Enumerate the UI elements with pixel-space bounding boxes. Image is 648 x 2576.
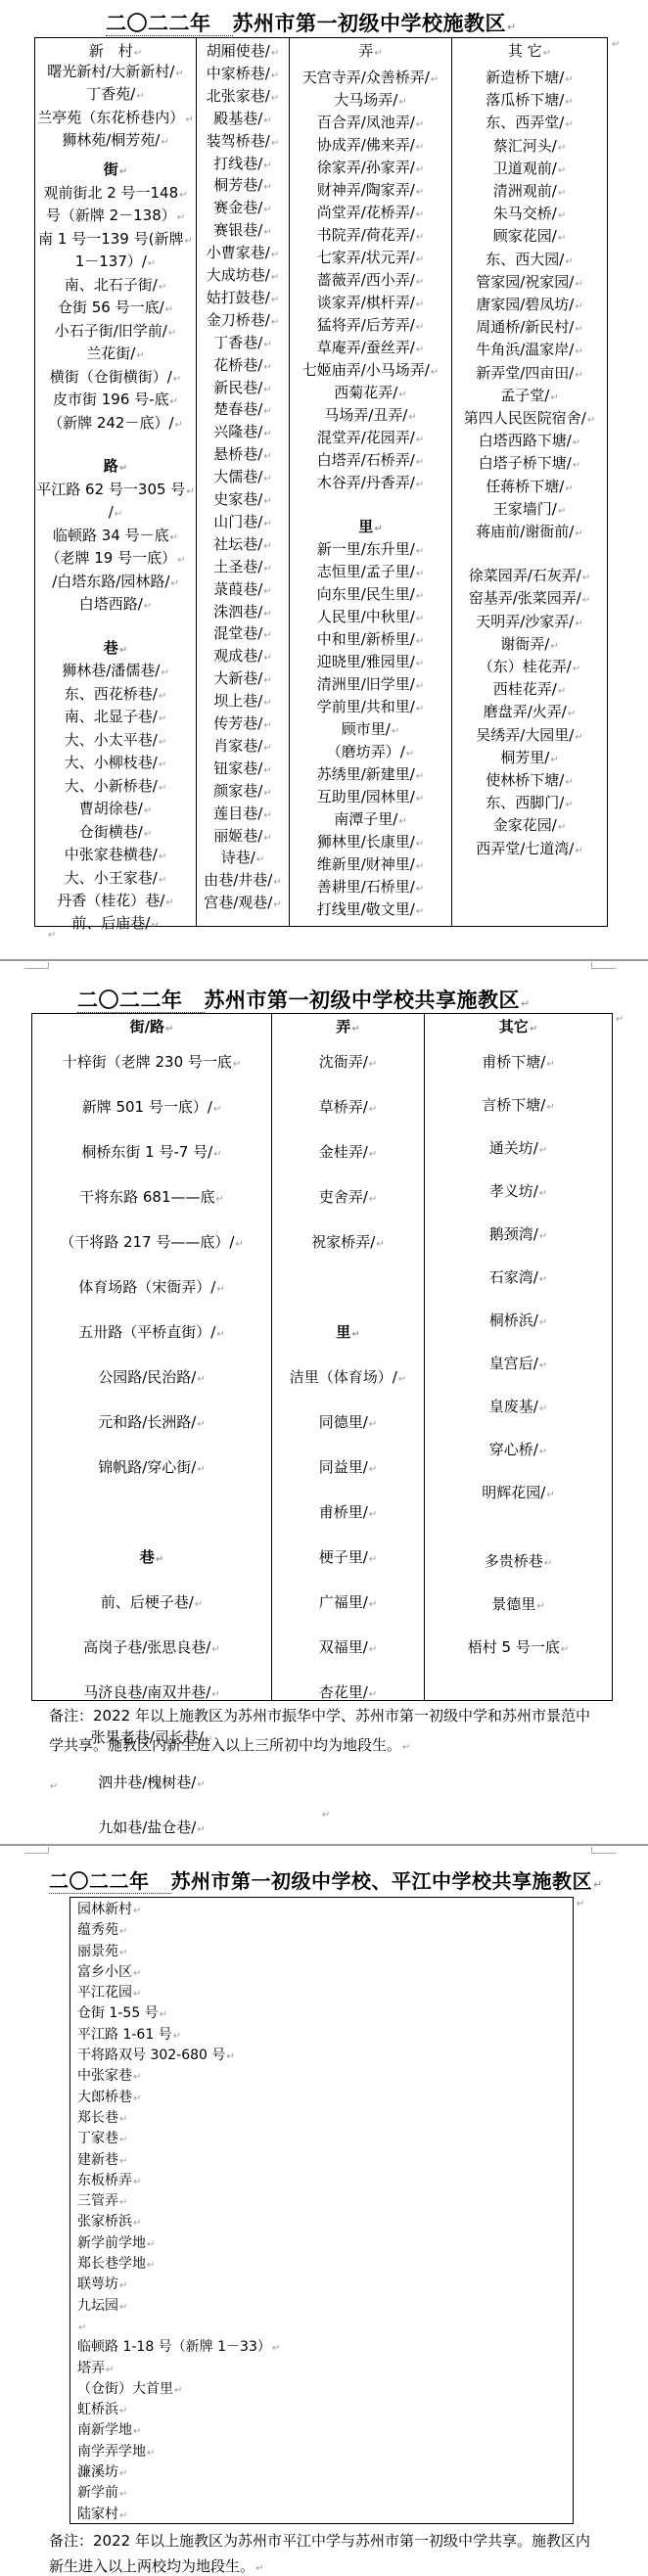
address-item-text: 丁香巷/ [213, 334, 262, 351]
paragraph-mark-icon: ↵ [119, 2114, 127, 2125]
address-item: 平江路 62 号一305 号↵ [35, 483, 196, 497]
address-item-text: 金刀桥巷/ [207, 311, 270, 329]
address-item: 人民里/中秋里/↵ [290, 610, 451, 624]
paragraph-mark-icon: ↵ [544, 1558, 552, 1569]
address-item: 临顿路 1-18 号（新牌 1－33）↵ [77, 2337, 280, 2358]
paragraph-mark-icon: ↵ [161, 137, 168, 148]
address-item-text: 平江花园 [77, 1985, 132, 2001]
address-item: 财神弄/陶家弄/↵ [290, 183, 451, 198]
address-item: 楚春巷/↵ [197, 402, 289, 417]
address-item-text: 三管弄 [77, 2193, 118, 2209]
address-item-text: 1－137）/ [75, 253, 147, 270]
page1-title-year: 二〇二二年 [106, 12, 233, 36]
address-item: 谈家弄/棋杆弄/↵ [290, 296, 451, 310]
address-item-text: 财神弄/陶家弄/ [317, 181, 415, 199]
paragraph-mark-icon: ↵ [48, 930, 56, 941]
paragraph-mark-icon: ↵ [271, 138, 279, 149]
paragraph-mark-icon: ↵ [416, 771, 424, 782]
address-item: 使林桥下塘/↵ [452, 773, 607, 788]
address-item: 横街（仓街横街）/↵ [35, 370, 196, 385]
paragraph-mark-icon: ↵ [174, 2385, 182, 2396]
page2-note: 备注：2022 年以上施教区为苏州市振华中学、苏州市第一初级中学和苏州市景范中学… [49, 1701, 597, 1763]
paragraph-mark-icon: ↵ [263, 362, 271, 373]
address-item: 干将路双号 302-680 号↵ [77, 2046, 280, 2066]
address-item-text: 建新巷 [77, 2152, 118, 2168]
address-item: 天明弄/沙家弄/↵ [452, 615, 607, 629]
paragraph-mark-icon: ↵ [582, 573, 590, 583]
paragraph-mark-icon: ↵ [271, 295, 279, 305]
paragraph-mark-icon: ↵ [263, 810, 271, 821]
address-item-text: 蔡汇河头/ [493, 137, 557, 155]
address-item-text: 桐桥东街 1 号-7 号/ [81, 1143, 212, 1161]
address-item: 赛金巷/↵ [197, 201, 289, 215]
address-item-text: 十梓街（老牌 230 号一底 [63, 1053, 232, 1071]
address-item-text: 蔷薇弄/西小弄/ [317, 271, 415, 289]
address-item-text: 横街（仓街横街）/ [50, 368, 172, 386]
col-nong-li: 弄↵天宫寺弄/众善桥弄/↵大马场弄/↵百合弄/凤池弄/↵协成弄/佛来弄/↵徐家弄… [289, 38, 451, 926]
address-item-text: 新造桥下塘/ [486, 69, 564, 86]
address-item: 协成弄/佛来弄/↵ [290, 138, 451, 153]
address-item: 高岗子巷/张思良巷/↵ [32, 1640, 271, 1655]
address-item-text: 孝义坊/ [489, 1182, 538, 1200]
address-item-text: 狮林苑/桐芳苑/ [62, 131, 160, 149]
paragraph-mark-icon: ↵ [369, 1194, 377, 1205]
address-item-text: 五卅路（平桥直街）/ [78, 1323, 215, 1341]
paragraph-mark-icon: ↵ [263, 474, 271, 484]
address-item-text: /白塔东路/园林路/ [52, 573, 169, 590]
col-nong-li: 弄↵沈衙弄/↵草桥弄/↵金桂弄/↵吏舍弄/↵祝家桥弄/↵里↵洁里（体育场）/↵同… [271, 1014, 424, 1700]
address-item: /↵ [35, 505, 196, 520]
address-item-text: 甫桥里/ [319, 1503, 368, 1521]
address-item: 谢衙弄/↵ [452, 637, 607, 652]
paragraph-mark-icon: ↵ [402, 1742, 410, 1753]
address-item: 诗巷/↵ [197, 851, 289, 865]
column-header: 弄↵ [272, 1020, 424, 1035]
address-item: 甫桥下塘/↵ [425, 1055, 612, 1070]
paragraph-mark-icon: ↵ [416, 839, 424, 850]
paragraph-mark-icon: ↵ [263, 340, 271, 350]
paragraph-mark-icon: ↵ [197, 1464, 205, 1475]
address-item-text: 北张家巷/ [207, 87, 270, 105]
address-item: 迎晓里/雅园里/↵ [290, 655, 451, 669]
paragraph-mark-icon: ↵ [263, 564, 271, 575]
paragraph-mark-icon: ↵ [539, 1274, 547, 1285]
address-item-text: 坝上巷/ [213, 692, 262, 710]
address-item: 园林新村↵ [77, 1900, 280, 1920]
address-item: 打线巷/↵ [197, 157, 289, 171]
address-item: 皮市街 196 号-底↵ [35, 392, 196, 407]
address-item: 同益里/↵ [272, 1460, 424, 1475]
address-item: 双福里/↵ [272, 1640, 424, 1655]
address-item: 西桂花弄/↵ [452, 682, 607, 697]
address-item: 泗井巷/槐树巷/↵ [32, 1775, 271, 1790]
address-item-text: 由巷/井巷/ [204, 871, 272, 889]
address-item: 胡厢使巷/↵ [197, 44, 289, 59]
paragraph-mark-icon: ↵ [369, 1104, 377, 1115]
address-item-text: 装驾桥巷/ [207, 132, 270, 150]
address-item-text: 使林桥下塘/ [486, 771, 564, 789]
paragraph-mark-icon: ↵ [546, 1102, 554, 1113]
paragraph-mark-icon: ↵ [558, 188, 566, 199]
address-item: 莲目巷/↵ [197, 806, 289, 821]
address-item-text: 马济良巷/南双井巷/ [83, 1683, 210, 1701]
address-item-text: 石家湾/ [489, 1268, 538, 1286]
page-corner-mark [24, 1847, 49, 1854]
paragraph-mark-icon: ↵ [133, 1989, 141, 2000]
address-item-text: 传芳巷/ [213, 714, 262, 732]
address-item-text: 东、西花桥巷/ [65, 685, 158, 703]
address-item-text: 胡厢使巷/ [207, 42, 270, 60]
address-item-text: 鹅颈湾/ [489, 1225, 538, 1243]
paragraph-mark-icon: ↵ [148, 258, 156, 269]
address-item-text: 新学前学地 [77, 2235, 146, 2251]
address-item: 丽姬巷/↵ [197, 829, 289, 844]
address-item: 东、西花桥巷/↵ [35, 687, 196, 702]
address-item: 多贵桥巷↵ [425, 1554, 612, 1569]
address-item-text: 白塔西路/ [79, 595, 143, 613]
paragraph-mark-icon: ↵ [575, 279, 582, 290]
paragraph-mark-icon: ↵ [159, 737, 166, 748]
page3-title-main: 苏州市第一初级中学校、平江中学校共享施教区 [171, 1869, 593, 1893]
paragraph-mark-icon: ↵ [416, 457, 424, 468]
address-item: 王家墙门/↵ [452, 502, 607, 517]
paragraph-mark-icon: ↵ [263, 675, 271, 686]
page-break [0, 959, 648, 961]
address-item: 大郎桥巷↵ [77, 2088, 280, 2108]
address-item: 塔弄↵ [77, 2359, 280, 2379]
address-item: 曹胡徐巷/↵ [35, 802, 196, 816]
paragraph-mark-icon: ↵ [159, 759, 166, 770]
paragraph-mark-icon: ↵ [374, 48, 382, 59]
address-item-text: 塔弄 [77, 2361, 105, 2376]
address-item: 钮家巷/↵ [197, 761, 289, 776]
page-break [0, 1844, 648, 1846]
address-item-text: 管家园/祝家园/ [476, 273, 574, 291]
address-item: 西菊花弄/↵ [290, 386, 451, 400]
address-item: 杏花里/↵ [272, 1685, 424, 1700]
address-item: 天宫寺弄/众善桥弄/↵ [290, 70, 451, 85]
address-item-text: 九如巷/盐仓巷/ [98, 1818, 196, 1836]
paragraph-mark-icon: ↵ [160, 2009, 167, 2020]
address-item-text: （东）桂花弄/ [479, 658, 572, 675]
address-item: 孝义坊/↵ [425, 1184, 612, 1199]
address-item: 草桥弄/↵ [272, 1100, 424, 1115]
page2-table: 街/路↵十梓街（老牌 230 号一底↵新牌 501 号一底）/↵桐桥东街 1 号… [31, 1013, 613, 1701]
address-item-text: 南潭子里/ [334, 810, 397, 828]
address-item-text: 景德里 [491, 1595, 535, 1613]
address-item: 混堂弄/花园弄/↵ [290, 431, 451, 445]
address-item: 第四人民医院宿舍/↵ [452, 411, 607, 426]
column-header-text: 新 村 [89, 42, 133, 60]
paragraph-mark-icon: ↵ [398, 1374, 406, 1385]
address-item: 百合弄/凤池弄/↵ [290, 115, 451, 130]
address-item: 狮林里/长康里/↵ [290, 835, 451, 850]
address-item-text: 西菊花弄/ [334, 384, 397, 401]
address-item-text: 兴隆巷/ [213, 423, 262, 440]
address-item-text: 金家花园/ [493, 816, 557, 834]
address-item-text: 南学弄学地 [77, 2444, 146, 2460]
paragraph-mark-icon: ↵ [179, 190, 187, 201]
address-item-text: 金桂弄/ [319, 1143, 368, 1161]
address-item-text: 兰花街/ [86, 345, 135, 362]
paragraph-mark-icon: ↵ [573, 460, 580, 471]
address-item-text: 南 1 号一139 号(新牌 [38, 230, 183, 248]
address-item-text: 西桂花弄/ [493, 680, 557, 698]
address-item-text: 东、西弄堂/ [486, 114, 564, 131]
paragraph-mark-icon: ↵ [369, 1599, 377, 1610]
address-item-text: 大、小柳枝巷/ [65, 754, 158, 771]
address-item: 朱马交桥/↵ [452, 207, 607, 221]
address-item: 牛角浜/温家岸/↵ [452, 343, 607, 357]
address-item: 1－137）/↵ [35, 254, 196, 269]
paragraph-mark-icon: ↵ [575, 346, 582, 357]
address-item: 联萼坊↵ [77, 2275, 280, 2295]
address-item: 徐菜园弄/石灰弄/↵ [452, 569, 607, 583]
address-item: 互助里/园林里/↵ [290, 790, 451, 805]
address-item-text: 混堂弄/花园弄/ [317, 429, 415, 446]
address-item-text: 大马场弄/ [334, 91, 397, 109]
paragraph-mark-icon: ↵ [416, 119, 424, 130]
address-item-text: 莲目巷/ [213, 805, 262, 822]
address-item-text: 仓街 1-55 号 [77, 2005, 159, 2021]
address-item: 孟子堂/↵ [452, 389, 607, 403]
paragraph-mark-icon: ↵ [213, 1149, 221, 1160]
paragraph-mark-icon: ↵ [216, 1284, 224, 1295]
paragraph-mark-icon: ↵ [550, 755, 558, 765]
address-item: 桐芳巷/↵ [197, 178, 289, 193]
paragraph-mark-icon: ↵ [213, 1104, 221, 1115]
address-item: 沈衙弄/↵ [272, 1055, 424, 1070]
address-item-text: 皇宫后/ [489, 1355, 538, 1372]
paragraph-mark-icon: ↵ [106, 2365, 114, 2375]
address-item: 仓街横巷/↵ [35, 825, 196, 840]
address-item-text: / [109, 503, 114, 521]
address-item-text: 落瓜桥下塘/ [486, 91, 564, 109]
paragraph-mark-icon: ↵ [226, 2051, 234, 2062]
paragraph-mark-icon: ↵ [78, 2323, 86, 2333]
paragraph-mark-icon: ↵ [170, 532, 178, 543]
address-item: 平江路 1-61 号↵ [77, 2025, 280, 2046]
address-item: 姑打鼓巷/↵ [197, 291, 289, 305]
address-item: 观成巷/↵ [197, 649, 289, 664]
paragraph-mark-icon: ↵ [416, 277, 424, 288]
paragraph-mark-icon: ↵ [134, 48, 142, 59]
column-header-text: 街/路 [130, 1018, 164, 1035]
paragraph-mark-icon: ↵ [263, 609, 271, 620]
paragraph-mark-icon: ↵ [530, 1024, 537, 1035]
paragraph-mark-icon: ↵ [186, 486, 194, 497]
paragraph-mark-icon: ↵ [416, 187, 424, 198]
paragraph-mark-icon: ↵ [147, 2448, 155, 2459]
column-header-text: 弄 [336, 1018, 350, 1035]
address-item-text: 中和里/新桥里/ [317, 630, 415, 648]
section-heading-text: 路 [104, 457, 118, 475]
address-item-text: 新学前 [77, 2485, 118, 2501]
address-item-text: 孟子堂/ [500, 387, 549, 404]
address-item-text: （老牌 19 号一底） [45, 549, 176, 567]
paragraph-mark-icon: ↵ [165, 304, 173, 315]
address-item: 草庵弄/蚕丝弄/↵ [290, 341, 451, 355]
address-item-text: 山门巷/ [213, 513, 262, 530]
paragraph-mark-icon: ↵ [211, 1644, 219, 1655]
address-item: 装驾桥巷/↵ [197, 134, 289, 149]
address-item: 东、西弄堂/↵ [452, 115, 607, 130]
section-heading: 里↵ [272, 1325, 424, 1340]
address-item-text: 楚春巷/ [213, 400, 262, 418]
page1-table: 新 村↵曙光新村/大新新村/↵丁香苑/↵兰亭苑（东花桥巷内）↵狮林苑/桐芳苑/↵… [34, 37, 608, 927]
address-item: 公园路/民治路/↵ [32, 1370, 271, 1385]
paragraph-mark-icon: ↵ [263, 630, 271, 641]
address-item: 管家园/祝家园/↵ [452, 275, 607, 290]
address-item: 洁里（体育场）/↵ [272, 1370, 424, 1385]
paragraph-mark-icon: ↵ [195, 1599, 203, 1610]
paragraph-mark-icon: ↵ [416, 480, 424, 490]
paragraph-mark-icon: ↵ [50, 1781, 58, 1792]
paragraph-mark-icon: ↵ [369, 1419, 377, 1430]
address-item-text: 曹胡徐巷/ [79, 800, 143, 817]
address-item: 大、小太平巷/↵ [35, 733, 196, 748]
paragraph-mark-icon: ↵ [416, 636, 424, 647]
address-item: 鹅颈湾/↵ [425, 1227, 612, 1242]
address-item-text: 白塔弄/石桥弄/ [317, 451, 415, 469]
paragraph-mark-icon: ↵ [263, 519, 271, 529]
address-item-text: 蒋庙前/谢衙前/ [476, 523, 574, 540]
address-item: 梗子里/↵ [272, 1550, 424, 1565]
paragraph-mark-icon: ↵ [263, 541, 271, 552]
page2-title: 二〇二二年苏州市第一初级中学校共享施教区↵ [77, 985, 531, 1014]
address-item: 言桥下塘/↵ [425, 1098, 612, 1113]
paragraph-mark-icon: ↵ [263, 182, 271, 193]
address-item-text: 大、小王家巷/ [65, 869, 158, 887]
address-item: 坝上巷/↵ [197, 694, 289, 709]
address-item: 甫桥里/↵ [272, 1505, 424, 1520]
address-item: 桐芳里/↵ [452, 751, 607, 765]
paragraph-mark-icon: ↵ [558, 143, 566, 154]
paragraph-mark-icon: ↵ [431, 367, 439, 378]
address-item-text: 打线里/敬文里/ [317, 900, 415, 918]
section-heading-text: 街 [104, 161, 118, 178]
paragraph-mark-icon: ↵ [521, 997, 531, 1010]
address-item-text: 东、西脚门/ [486, 794, 564, 811]
paragraph-mark-icon: ↵ [376, 1239, 384, 1250]
address-item-text: 双福里/ [319, 1638, 368, 1656]
address-item: 丁香苑/↵ [35, 87, 196, 102]
paragraph-mark-icon: ↵ [273, 877, 281, 888]
address-item-text: 菉葭巷/ [213, 580, 262, 598]
paragraph-mark-icon: ↵ [263, 161, 271, 171]
paragraph-mark-icon: ↵ [565, 800, 573, 810]
address-item-text: 大、小新桥巷/ [65, 777, 158, 795]
paragraph-mark-icon: ↵ [616, 1014, 624, 1025]
address-item-text: 朱马交桥/ [493, 205, 557, 222]
address-item: 卫道观前/↵ [452, 161, 607, 176]
address-item-text: （磨坊弄）/ [327, 743, 405, 760]
address-item: 石家湾/↵ [425, 1270, 612, 1285]
address-item-text: 维新里/财神里/ [317, 855, 415, 873]
address-item: 锦帆路/穿心街/↵ [32, 1460, 271, 1475]
paragraph-mark-icon: ↵ [416, 884, 424, 895]
paragraph-mark-icon: ↵ [119, 645, 127, 656]
address-item: 丁香巷/↵ [197, 336, 289, 350]
address-item-text: 草庵弄/蚕丝弄/ [317, 339, 415, 356]
section-heading-text: 巷 [140, 1548, 155, 1566]
paragraph-mark-icon: ↵ [136, 350, 144, 361]
address-item: 干将东路 681——底↵ [32, 1190, 271, 1205]
address-item-text: 蕴秀苑 [77, 1922, 118, 1938]
address-item-text: 大新巷/ [213, 669, 262, 687]
paragraph-mark-icon: ↵ [558, 210, 566, 221]
address-item: 蔡汇河头/↵ [452, 139, 607, 154]
address-item-text: 钮家巷/ [213, 759, 262, 777]
paragraph-mark-icon: ↵ [561, 1644, 569, 1655]
address-item: 濂溪坊↵ [77, 2462, 280, 2483]
address-item: 吏舍弄/↵ [272, 1190, 424, 1205]
address-item-text: 临顿路 1-18 号（新牌 1－33） [77, 2339, 271, 2355]
paragraph-mark-icon: ↵ [173, 374, 181, 385]
address-item-text: 洙泗巷/ [213, 603, 262, 621]
address-item: 兴隆巷/↵ [197, 425, 289, 439]
paragraph-mark-icon: ↵ [416, 569, 424, 579]
address-item: 洙泗巷/↵ [197, 605, 289, 620]
address-item: 肖家巷/↵ [197, 739, 289, 754]
address-item: 西弄堂/七道湾/↵ [452, 842, 607, 856]
paragraph-mark-icon: ↵ [119, 2302, 127, 2313]
paragraph-mark-icon: ↵ [546, 1490, 554, 1500]
paragraph-mark-icon: ↵ [119, 2135, 127, 2145]
address-item-text: 元和路/长洲路/ [98, 1413, 196, 1431]
address-item-text: 洁里（体育场）/ [290, 1368, 397, 1386]
address-item: 新一里/东升里/↵ [290, 542, 451, 557]
paragraph-mark-icon: ↵ [263, 429, 271, 439]
paragraph-mark-icon: ↵ [351, 1024, 359, 1035]
address-item-text: 丁家巷 [77, 2131, 118, 2146]
address-item: 南新学地↵ [77, 2420, 280, 2441]
paragraph-mark-icon: ↵ [539, 1317, 547, 1328]
address-item-text: 桐桥浜/ [489, 1311, 538, 1329]
paragraph-mark-icon: ↵ [573, 437, 580, 448]
paragraph-mark-icon: ↵ [575, 324, 582, 335]
paragraph-mark-icon: ↵ [159, 783, 166, 794]
address-item: 大马场弄/↵ [290, 93, 451, 108]
paragraph-mark-icon: ↵ [147, 2239, 155, 2250]
paragraph-mark-icon: ↵ [568, 709, 576, 719]
address-item-text: 白塔子桥下塘/ [479, 454, 572, 472]
paragraph-mark-icon: ↵ [271, 317, 279, 328]
section-heading: 里↵ [290, 520, 451, 534]
address-item: 周通桥/新民村/↵ [452, 320, 607, 335]
address-item: 大、小王家巷/↵ [35, 871, 196, 886]
address-item: 山门巷/↵ [197, 515, 289, 529]
paragraph-mark-icon: ↵ [156, 1554, 163, 1565]
paragraph-mark-icon: ↵ [159, 713, 166, 724]
paragraph-mark-icon: ↵ [593, 1878, 603, 1891]
address-item: （新牌 242－底）/↵ [35, 416, 196, 431]
paragraph-mark-icon: ↵ [575, 846, 582, 856]
address-item: 史家巷/↵ [197, 492, 289, 507]
paragraph-mark-icon: ↵ [263, 385, 271, 395]
address-item-text: 混堂巷/ [213, 624, 262, 642]
address-item: 兰亭苑（东花桥巷内）↵ [35, 111, 196, 125]
address-item-text: 临顿路 34 号－底 [53, 527, 169, 544]
address-item: （仓街）大首里↵ [77, 2379, 280, 2400]
address-item-text: 天宫寺弄/众善桥弄/ [302, 69, 430, 86]
paragraph-mark-icon: ↵ [273, 899, 281, 910]
paragraph-mark-icon: ↵ [587, 415, 595, 426]
paragraph-mark-icon: ↵ [119, 2280, 127, 2291]
paragraph-mark-icon: ↵ [263, 788, 271, 799]
address-item: 皇宫后/↵ [425, 1357, 612, 1371]
address-item-text: 殿基巷/ [213, 110, 262, 127]
